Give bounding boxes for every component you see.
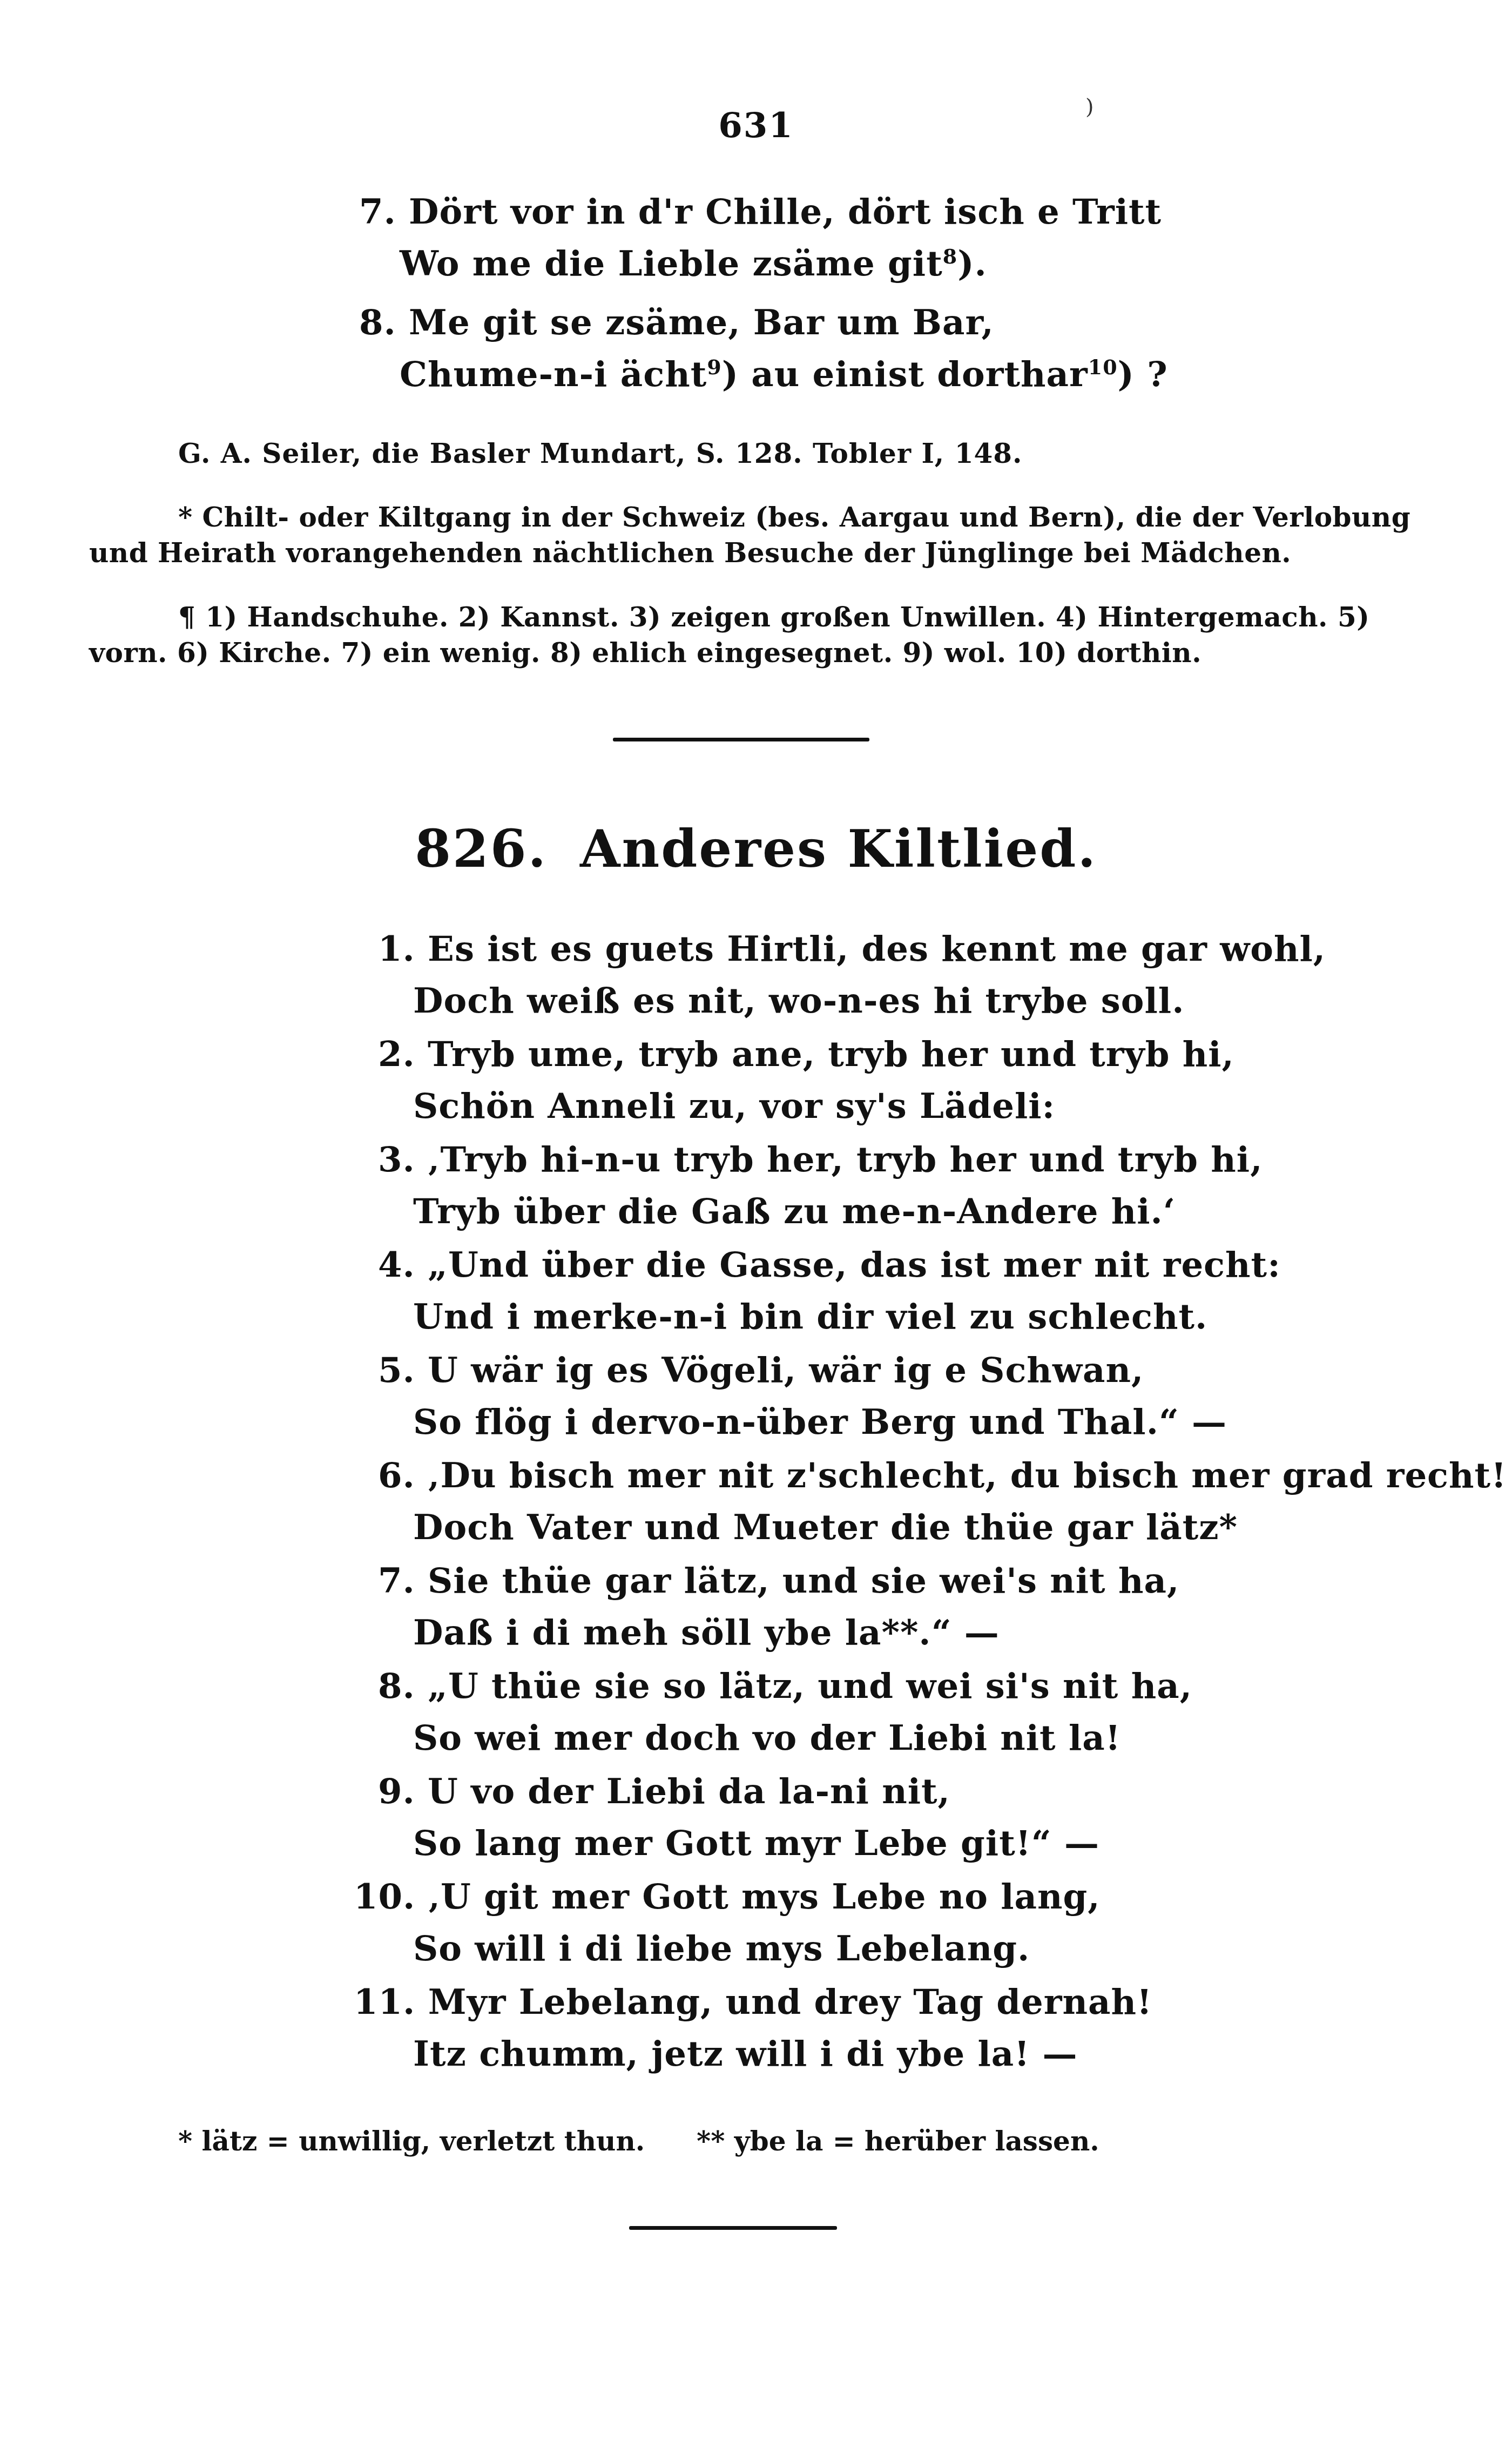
stanza-line: U vo der Liebi da la-ni nit, (428, 1771, 950, 1812)
stanza-number: 11. (354, 1977, 415, 2028)
stanza-line: Wo me die Lieble zsäme git (400, 244, 943, 284)
song-number: 826. (415, 818, 548, 879)
page-number: 631 (0, 105, 1512, 146)
stanza-line: „U thüe sie so lätz, und wei si's nit ha… (428, 1666, 1192, 1707)
prev-stanza-8: 8. Me git se zsäme, Bar um Bar, Chume-n-… (359, 297, 1168, 401)
stanza-line-part: ) au einist dorthar (722, 354, 1088, 395)
stanza-3: 3. ‚Tryb hi-n-u tryb her, tryb her und t… (378, 1134, 1263, 1238)
stanza-8: 8. „U thüe sie so lätz, und wei si's nit… (378, 1661, 1192, 1764)
song-title: 826.Anderes Kiltlied. (0, 818, 1512, 879)
stanza-9: 9. U vo der Liebi da la-ni nit, So lang … (378, 1766, 1099, 1870)
stanza-line: So wei mer doch vo der Liebi nit la! (378, 1712, 1192, 1764)
stanza-line: Me git se zsäme, Bar um Bar, (409, 302, 994, 343)
stanza-6: 6. ‚Du bisch mer nit z'schlecht, du bisc… (378, 1450, 1507, 1554)
footnote-ref: 10 (1088, 355, 1118, 379)
punctuation: ) ? (1118, 354, 1168, 395)
stanza-number: 4. (378, 1239, 415, 1291)
footnote-double: ** ybe la = herüber lassen. (697, 2125, 1099, 2157)
stanza-line: Myr Lebelang, und drey Tag dernah! (428, 1982, 1152, 2022)
stanza-line: Tryb ume, tryb ane, tryb her und tryb hi… (428, 1034, 1234, 1075)
stanza-line: Und i merke-n-i bin dir viel zu schlecht… (378, 1291, 1281, 1343)
stanza-number: 5. (378, 1345, 415, 1397)
stanza-number: 10. (354, 1871, 415, 1923)
glossary-note: ¶ 1) Handschuhe. 2) Kannst. 3) zeigen gr… (89, 599, 1450, 671)
footnote-ref: 9 (707, 355, 721, 379)
asterisk-note: * Chilt- oder Kiltgang in der Schweiz (b… (89, 500, 1450, 571)
stanza-number: 3. (378, 1134, 415, 1186)
stanza-line: U wär ig es Vögeli, wär ig e Schwan, (428, 1350, 1144, 1391)
stanza-number: 7. (378, 1555, 415, 1607)
stanza-line: Itz chumm, jetz will i di ybe la! — (354, 2028, 1152, 2080)
stanza-2: 2. Tryb ume, tryb ane, tryb her und tryb… (378, 1029, 1234, 1132)
stanza-line: Doch weiß es nit, wo-n-es hi trybe soll. (378, 975, 1326, 1027)
stanza-11: 11. Myr Lebelang, und drey Tag dernah! I… (354, 1977, 1152, 2080)
stanza-line: ‚U git mer Gott mys Lebe no lang, (428, 1877, 1101, 1917)
footnote-ref: 8 (943, 244, 957, 268)
stanza-line: ‚Tryb hi-n-u tryb her, tryb her und tryb… (428, 1139, 1263, 1180)
stanza-7: 7. Sie thüe gar lätz, und sie wei's nit … (378, 1555, 1179, 1659)
stanza-number: 9. (378, 1766, 415, 1818)
prev-stanza-7: 7. Dört vor in d'r Chille, dört isch e T… (359, 186, 1162, 290)
stanza-line: Chume-n-i ächt (400, 354, 707, 395)
song-title-text: Anderes Kiltlied. (580, 818, 1097, 879)
footnote-single: * lätz = unwillig, verletzt thun. (178, 2125, 645, 2157)
stanza-line: Es ist es guets Hirtli, des kennt me gar… (428, 929, 1326, 969)
stanza-line: Schön Anneli zu, vor sy's Lädeli: (378, 1081, 1234, 1132)
stanza-5: 5. U wär ig es Vögeli, wär ig e Schwan, … (378, 1345, 1227, 1448)
stanza-number: 1. (378, 923, 415, 975)
stanza-line: Sie thüe gar lätz, und sie wei's nit ha, (428, 1561, 1179, 1601)
stanza-line: So flög i dervo-n-über Berg und Thal.“ — (378, 1397, 1227, 1448)
stanza-line: Doch Vater und Mueter die thüe gar lätz* (378, 1502, 1507, 1554)
separator-rule (613, 738, 869, 741)
stanza-10: 10. ‚U git mer Gott mys Lebe no lang, So… (354, 1871, 1101, 1975)
stanza-line: So will i di liebe mys Lebelang. (354, 1923, 1101, 1975)
stanza-number: 2. (378, 1029, 415, 1081)
stanza-line: „Und über die Gasse, das ist mer nit rec… (428, 1245, 1281, 1285)
punctuation: ). (957, 244, 987, 284)
source-citation: G. A. Seiler, die Basler Mundart, S. 128… (178, 437, 1022, 469)
stanza-number: 8. (378, 1661, 415, 1712)
stanza-number: 8. (359, 297, 396, 349)
end-rule (629, 2226, 837, 2230)
stanza-line: Tryb über die Gaß zu me-n-Andere hi.‘ (378, 1186, 1263, 1238)
margin-mark: ) (1085, 95, 1094, 119)
stanza-line: So lang mer Gott myr Lebe git!“ — (378, 1818, 1099, 1870)
stanza-1: 1. Es ist es guets Hirtli, des kennt me … (378, 923, 1326, 1027)
stanza-number: 7. (359, 186, 396, 238)
stanza-number: 6. (378, 1450, 415, 1502)
stanza-line: Dört vor in d'r Chille, dört isch e Trit… (409, 192, 1162, 232)
stanza-line: ‚Du bisch mer nit z'schlecht, du bisch m… (428, 1455, 1507, 1496)
stanza-line: Daß i di meh söll ybe la**.“ — (378, 1607, 1179, 1659)
stanza-4: 4. „Und über die Gasse, das ist mer nit … (378, 1239, 1281, 1343)
